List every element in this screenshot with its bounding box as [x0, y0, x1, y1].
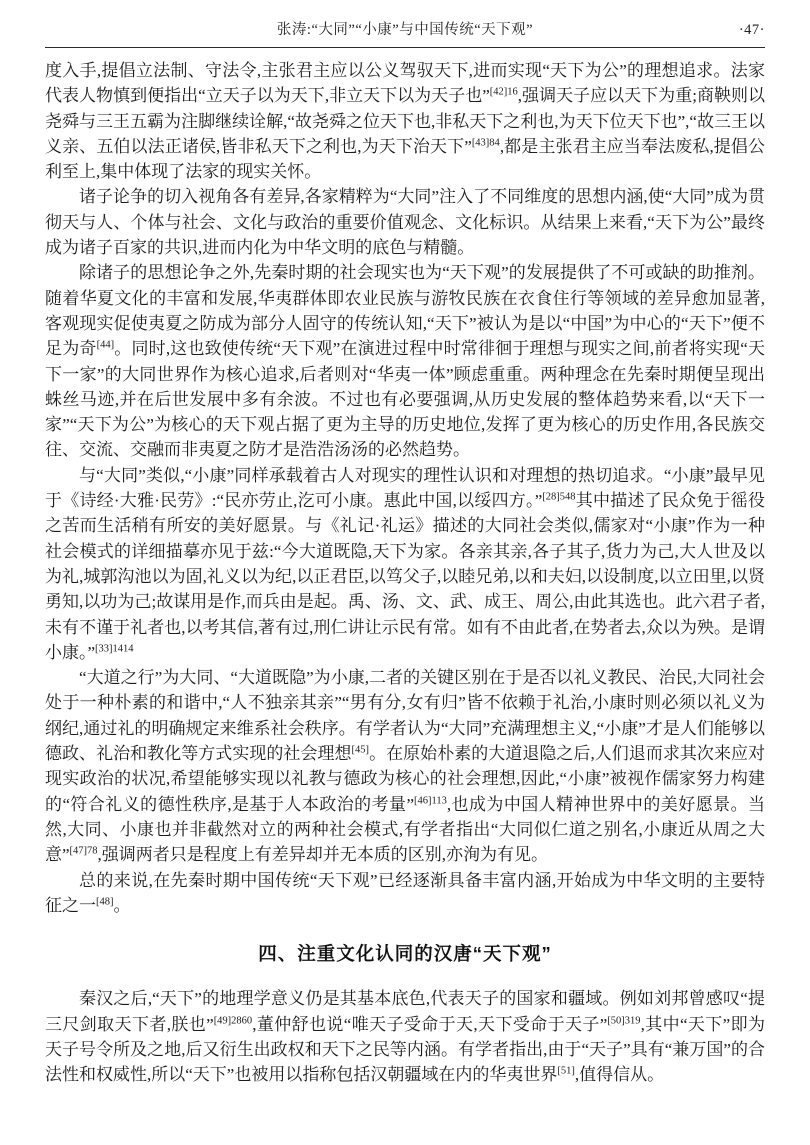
paragraph: 除诸子的思想论争之外,先秦时期的社会现实也为“天下观”的发展提供了不可或缺的助推…	[45, 260, 765, 462]
citation-superscript: [46]113	[414, 795, 447, 806]
text-run: 其中描述了民众免于徭役之苦而生活稍有所安的美好愿景。与《礼记·礼运》描述的大同社…	[45, 491, 765, 662]
text-run: 。	[114, 896, 131, 915]
paragraph: 度入手,提倡立法制、守法令,主张君主应以公义驾驭天下,进而实现“天下为公”的理想…	[45, 58, 765, 184]
text-run: 诸子论争的切入视角各有差异,各家精粹为“大同”注入了不同维度的思想内涵,使“大同…	[45, 187, 765, 257]
citation-superscript: [47]78	[70, 846, 98, 857]
running-title: 张涛:“大同”“小康”与中国传统“天下观”	[277, 18, 533, 42]
citation-superscript: [48]	[96, 896, 114, 907]
citation-superscript: [45]	[352, 744, 370, 755]
citation-superscript: [43]84	[472, 137, 500, 148]
section-heading: 四、注重文化认同的汉唐“天下观”	[45, 941, 765, 966]
citation-superscript: [33]1414	[95, 643, 134, 654]
text-run: 。同时,这也致使传统“天下观”在演进过程中时常徘徊于理想与现实之间,前者将实现“…	[45, 339, 765, 459]
citation-superscript: [42]16	[490, 87, 518, 98]
paragraph: 与“大同”类似,“小康”同样承载着古人对现实的理性认识和对理想的热切追求。“小康…	[45, 463, 765, 665]
paragraph: 诸子论争的切入视角各有差异,各家精粹为“大同”注入了不同维度的思想内涵,使“大同…	[45, 184, 765, 260]
paper-page: 张涛:“大同”“小康”与中国传统“天下观” ·47· 度入手,提倡立法制、守法令…	[0, 0, 810, 1145]
citation-superscript: [50]319	[607, 1015, 640, 1026]
paragraph: 总的来说,在先秦时期中国传统“天下观”已经逐渐具备丰富内涵,开始成为中华文明的主…	[45, 868, 765, 919]
text-run: 总的来说,在先秦时期中国传统“天下观”已经逐渐具备丰富内涵,开始成为中华文明的主…	[45, 871, 765, 915]
page-number: ·47·	[739, 18, 765, 42]
paragraph: 秦汉之后,“天下”的地理学意义仍是其基本底色,代表天子的国家和疆域。例如刘邦曾感…	[45, 986, 765, 1087]
header-rule	[45, 47, 765, 48]
citation-superscript: [44]	[97, 340, 115, 351]
citation-superscript: [49]2860	[214, 1015, 253, 1026]
citation-superscript: [51]	[557, 1066, 575, 1077]
paragraph: “大道之行”为大同、“大道既隐”为小康,二者的关键区别在于是否以礼义教民、治民,…	[45, 665, 765, 867]
text-run: ,董仲舒也说“唯天子受命于天,天下受命于天子”	[252, 1015, 607, 1034]
text-run: ,强调两者只是程度上有差异却并无本质的区别,亦洵为有见。	[98, 845, 549, 864]
article-body: 度入手,提倡立法制、守法令,主张君主应以公义驾驭天下,进而实现“天下为公”的理想…	[45, 58, 765, 1088]
page-header: 张涛:“大同”“小康”与中国传统“天下观” ·47·	[45, 18, 765, 42]
citation-superscript: [28]548	[542, 491, 575, 502]
text-run: ,值得信从。	[575, 1065, 664, 1084]
